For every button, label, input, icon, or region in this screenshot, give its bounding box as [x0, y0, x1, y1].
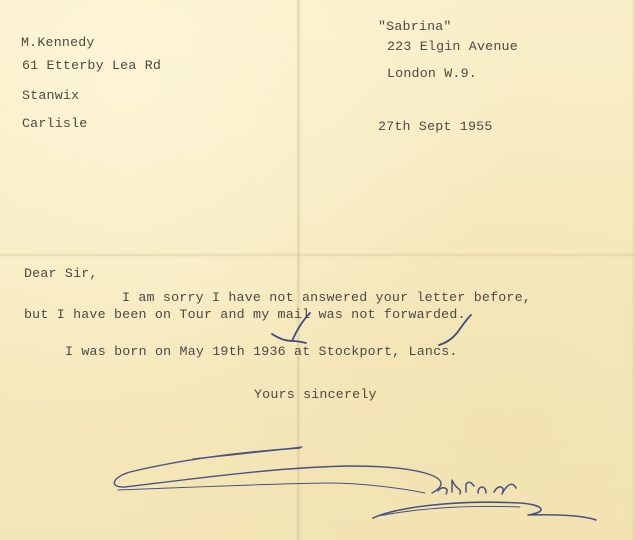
check-mark-icon: [272, 313, 310, 343]
signature: [114, 447, 596, 520]
letter-page: M.Kennedy 61 Etterby Lea Rd Stanwix Carl…: [0, 0, 635, 540]
pen-ink-layer: [0, 0, 635, 540]
check-mark-icon: [439, 315, 471, 345]
